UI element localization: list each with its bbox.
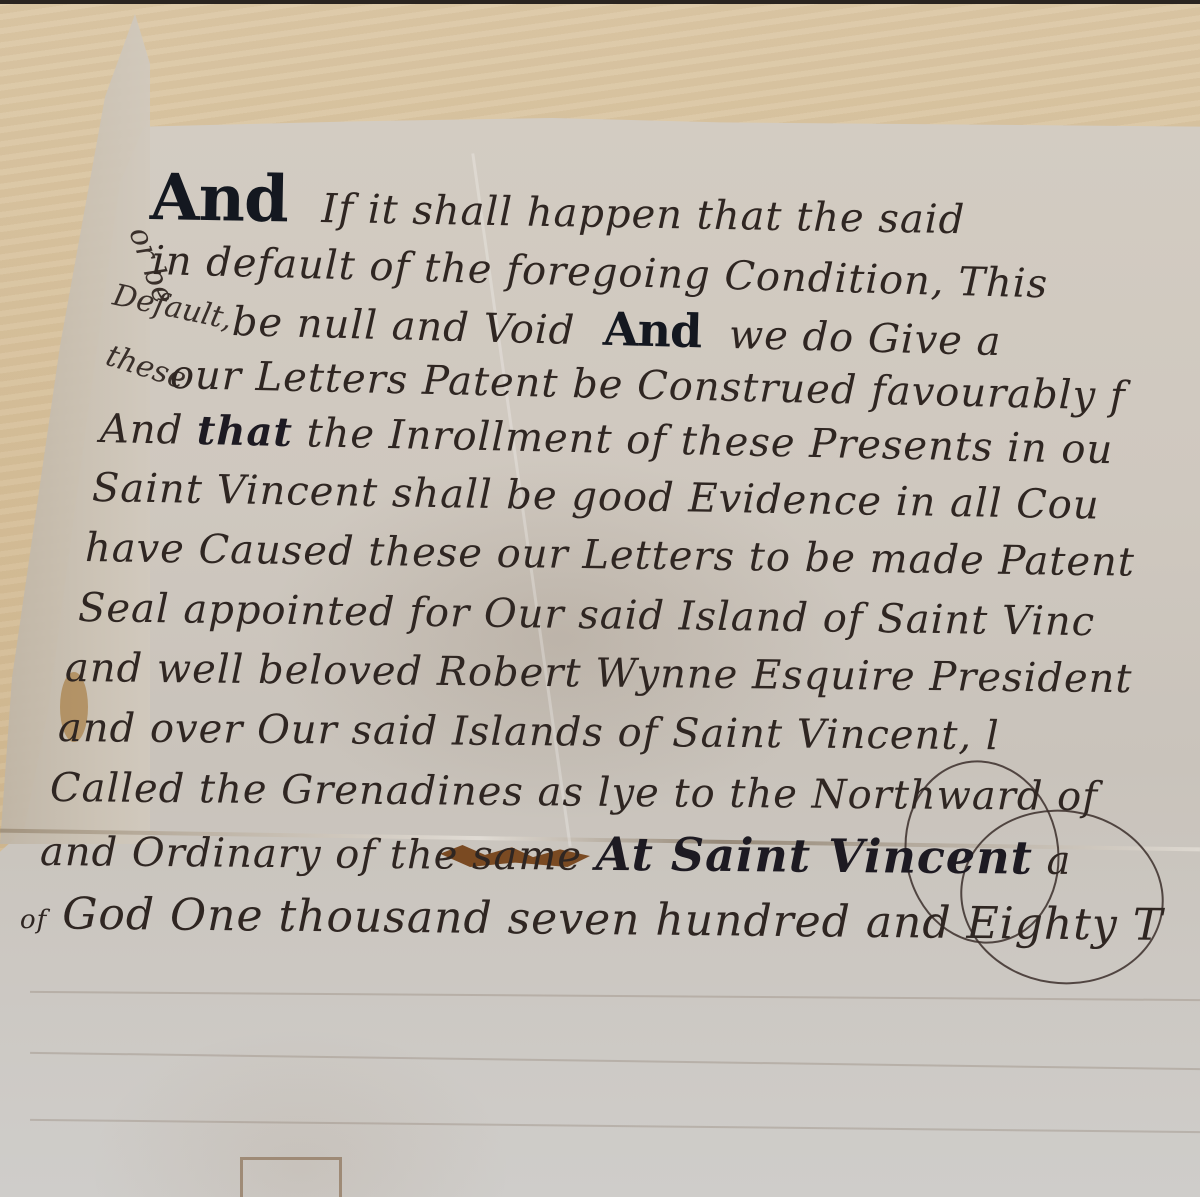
- line-text-after: we do Give a: [728, 312, 1002, 365]
- margin-word: And: [100, 406, 184, 454]
- margin-word: and: [58, 705, 137, 752]
- margin-word: and: [65, 645, 144, 692]
- line-text: be null and Void: [231, 299, 576, 354]
- line-text: Called the Grenadines as lye to the Nort…: [50, 765, 1098, 820]
- document-line-12: and Ordinary of the same At Saint Vincen…: [40, 822, 1072, 885]
- line-text-bold: At Saint Vincent: [596, 827, 1034, 885]
- document-line-11: Called the Grenadines as lye to the Nort…: [50, 765, 1098, 820]
- margin-word: Saint: [92, 465, 204, 513]
- gothic-word-and: And: [602, 302, 702, 359]
- line-text-after: a: [1046, 838, 1071, 884]
- top-edge-shadow: [0, 0, 1200, 4]
- document-line-1: And If it shall happen that the said: [149, 160, 966, 249]
- document-line-10: and over Our said Islands of Saint Vince…: [58, 705, 1000, 759]
- stamp-mark-outline: [240, 1157, 342, 1197]
- margin-word: of: [20, 905, 48, 935]
- line-text-bold: that: [196, 407, 293, 456]
- margin-word: Seal: [78, 585, 170, 632]
- margin-word: have: [85, 525, 186, 572]
- margin-word: and: [40, 829, 119, 876]
- line-text: over Our said Islands of Saint Vincent, …: [150, 706, 1000, 759]
- line-text: If it shall happen that the said: [321, 186, 965, 243]
- gothic-initial-and: And: [149, 160, 288, 237]
- line-text: Ordinary of the same: [132, 830, 583, 880]
